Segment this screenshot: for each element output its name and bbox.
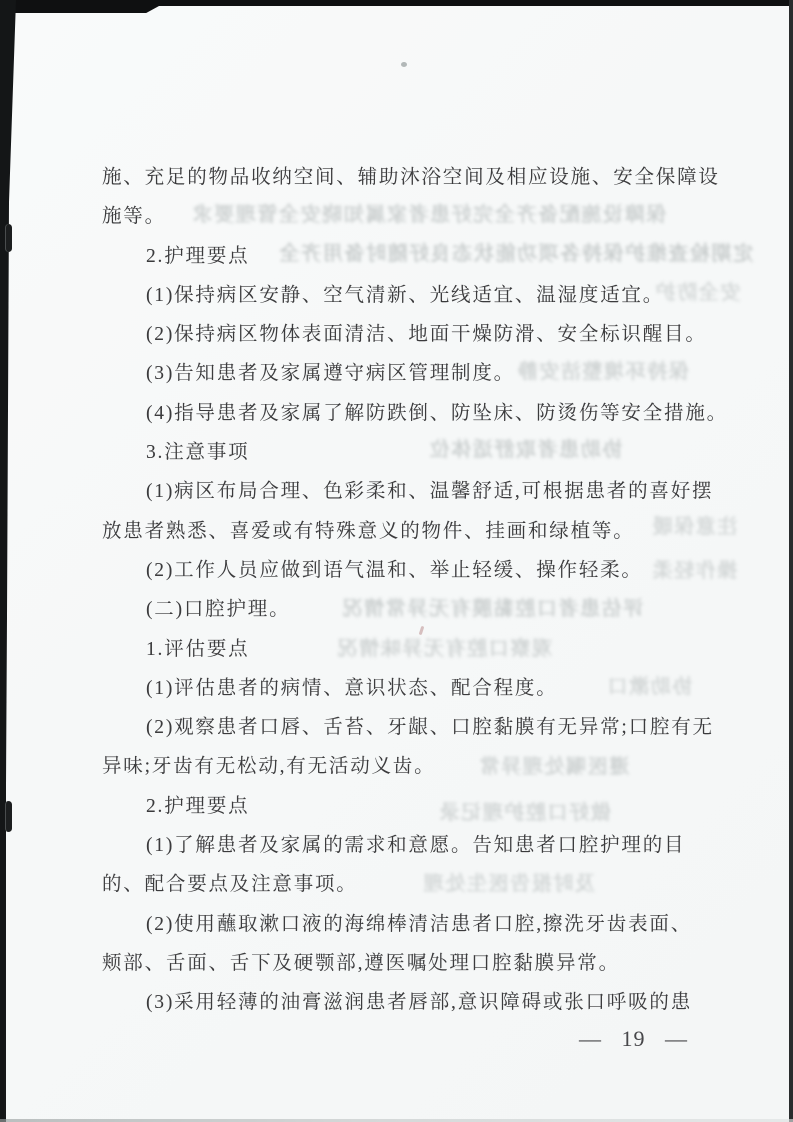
scanned-document-page: 保障设施配备齐全完好患者家属知晓安全管理要求定期检查维护保持各项功能状态良好随时…: [6, 5, 793, 1122]
text-line: (4)指导患者及家属了解防跌倒、防坠床、防烫伤等安全措施。: [102, 394, 724, 433]
dust-speck: [401, 62, 407, 67]
binder-mark-bottom: [5, 801, 12, 832]
text-line: 颊部、舌面、舌下及硬颚部,遵医嘱处理口腔黏膜异常。: [102, 944, 724, 983]
text-line: 放患者熟悉、喜爱或有特殊意义的物件、挂画和绿植等。: [102, 512, 724, 551]
document-text: 施、充足的物品收纳空间、辅助沐浴空间及相应设施、安全保障设施等。2.护理要点(1…: [102, 158, 724, 1023]
text-line: (3)采用轻薄的油膏滋润患者唇部,意识障碍或张口呼吸的患: [102, 983, 724, 1022]
text-line: 3.注意事项: [102, 433, 724, 472]
text-line: (2)工作人员应做到语气温和、举止轻缓、操作轻柔。: [102, 551, 724, 590]
text-line: 施、充足的物品收纳空间、辅助沐浴空间及相应设施、安全保障设: [102, 158, 724, 197]
text-line: (1)病区布局合理、色彩柔和、温馨舒适,可根据患者的喜好摆: [102, 472, 724, 511]
text-line: (1)评估患者的病情、意识状态、配合程度。: [102, 669, 724, 708]
text-line: (1)保持病区安静、空气清新、光线适宜、温湿度适宜。: [102, 276, 724, 315]
page-number: — 19 —: [579, 1024, 688, 1054]
text-line: 的、配合要点及注意事项。: [102, 865, 724, 904]
binder-mark-top: [5, 224, 12, 252]
text-line: 异味;牙齿有无松动,有无活动义齿。: [102, 747, 724, 786]
text-line: 1.评估要点: [102, 630, 724, 669]
scan-edge-top-left: [0, 0, 170, 13]
text-line: (二)口腔护理。: [102, 590, 724, 629]
text-line: (2)保持病区物体表面清洁、地面干燥防滑、安全标识醒目。: [102, 315, 724, 354]
scan-edge-right: [789, 0, 793, 1122]
text-line: 2.护理要点: [102, 787, 724, 826]
text-line: (3)告知患者及家属遵守病区管理制度。: [102, 354, 724, 393]
text-line: (2)观察患者口唇、舌苔、牙龈、口腔黏膜有无异常;口腔有无: [102, 708, 724, 747]
text-line: 2.护理要点: [102, 237, 724, 276]
text-line: (1)了解患者及家属的需求和意愿。告知患者口腔护理的目: [102, 826, 724, 865]
text-line: (2)使用蘸取漱口液的海绵棒清洁患者口腔,擦洗牙齿表面、: [102, 905, 724, 944]
text-line: 施等。: [102, 197, 724, 236]
